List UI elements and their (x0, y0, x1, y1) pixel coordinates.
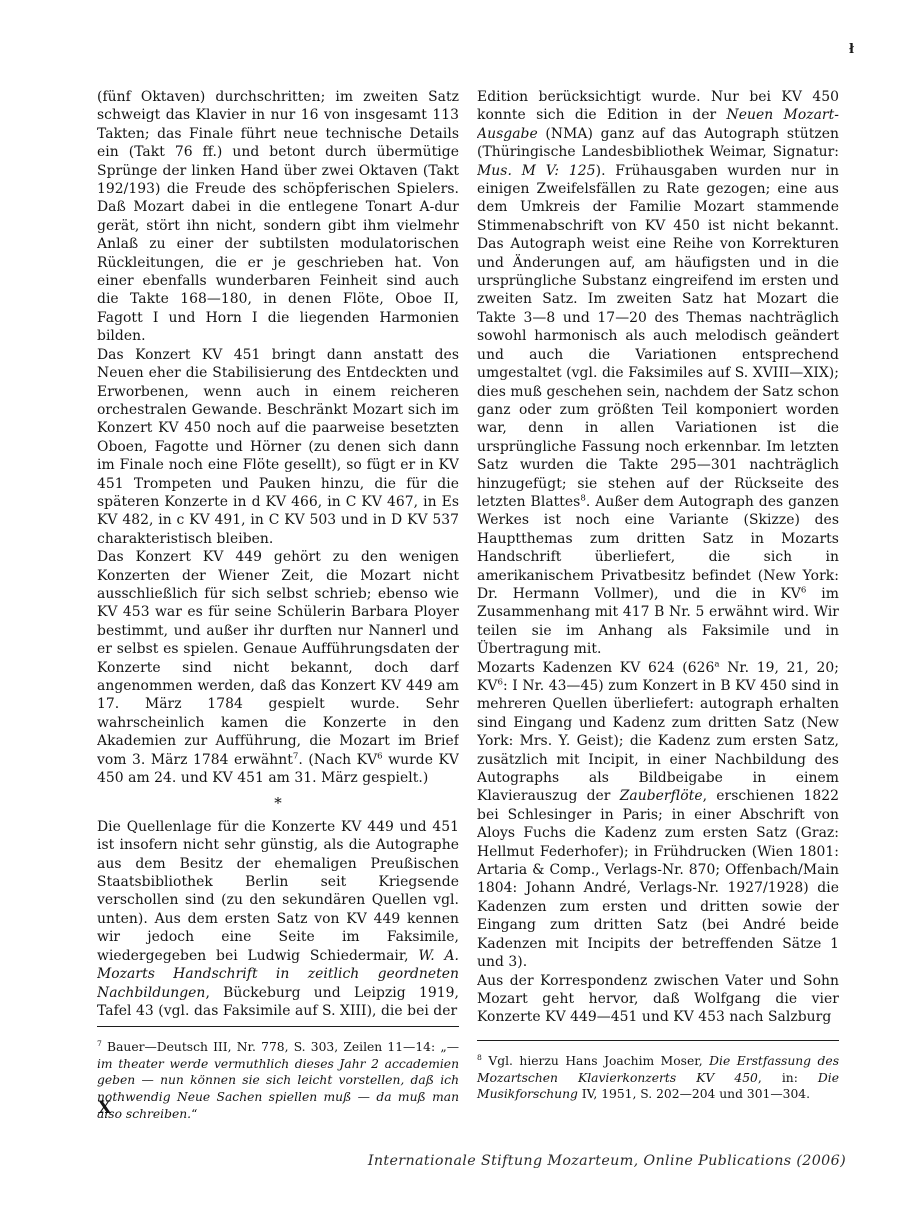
section-separator-asterisk: * (97, 794, 459, 812)
footnote-rule (97, 1026, 459, 1027)
paragraph: Das Konzert KV 451 bringt dann anstatt d… (97, 346, 459, 548)
paragraph: Edition berücksichtigt wurde. Nur bei KV… (477, 88, 839, 659)
footnote-8: 8 Vgl. hierzu Hans Joachim Moser, Die Er… (477, 1040, 839, 1115)
right-column: Edition berücksichtigt wurde. Nur bei KV… (477, 88, 839, 1032)
footnote-rule (477, 1040, 839, 1041)
scanned-book-page: ł (fünf Oktaven) durchschritten; im zwei… (0, 0, 900, 1221)
paragraph: Mozarts Kadenzen KV 624 (626a Nr. 19, 21… (477, 659, 839, 972)
left-column: (fünf Oktaven) durchschritten; im zweite… (97, 88, 459, 1018)
page-number: X (98, 1098, 111, 1118)
corner-mark: ł (849, 42, 854, 57)
paragraph: (fünf Oktaven) durchschritten; im zweite… (97, 88, 459, 346)
footnote-text: 8 Vgl. hierzu Hans Joachim Moser, Die Er… (477, 1053, 839, 1103)
footnote-text: 7 Bauer—Deutsch III, Nr. 778, S. 303, Ze… (97, 1039, 459, 1122)
footnote-7: 7 Bauer—Deutsch III, Nr. 778, S. 303, Ze… (97, 1026, 459, 1135)
paragraph: Aus der Korrespondenz zwischen Vater und… (477, 972, 839, 1027)
footer-credit: Internationale Stiftung Mozarteum, Onlin… (368, 1153, 846, 1169)
paragraph: Die Quellenlage für die Konzerte KV 449 … (97, 818, 459, 1018)
paragraph: Das Konzert KV 449 gehört zu den wenigen… (97, 548, 459, 787)
